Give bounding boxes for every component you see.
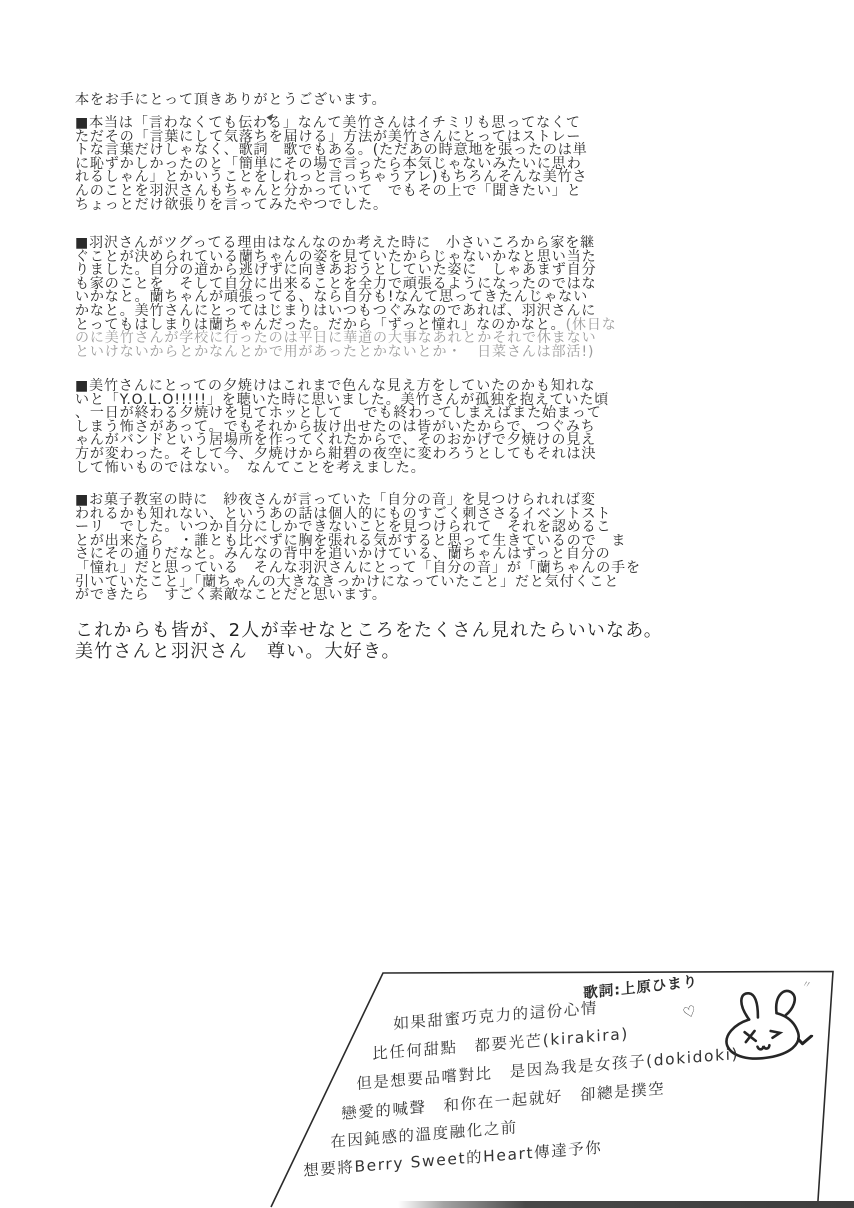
text-line: して怖いものではない。 なんてことを考えました。 <box>75 462 609 476</box>
paragraph-2: ■羽沢さんがツグってる理由はなんなのか考えた時に 小さいころから家を継 ぐことが… <box>75 237 617 359</box>
paragraph-3: ■美竹さんにとっての夕焼けはこれまで色んな見え方をしていたのかも知れな いと「Y… <box>75 380 609 475</box>
check-mark-icon <box>796 1033 814 1047</box>
afterword-page: 本をお手にとって頂きありがとうございます。 ■本当は「言わなくても伝わる」なんて… <box>0 0 854 1208</box>
scan-edge-artifact <box>398 1201 854 1208</box>
text-line: 本をお手にとって頂きありがとうございます。 <box>75 94 387 108</box>
closing-message: これからも皆が、2人が幸せなところをたくさん見れたらいいなあ。 美竹さんと羽沢さ… <box>75 620 663 662</box>
closing-line: これからも皆が、2人が幸せなところをたくさん見れたらいいなあ。 <box>75 620 663 641</box>
text-line: ができたら すごく素敵なことだと思います。 <box>75 589 641 603</box>
thanks-line: 本をお手にとって頂きありがとうございます。 <box>75 94 387 108</box>
heart-icon: ♡ <box>681 1001 699 1022</box>
paragraph-1: ■本当は「言わなくても伝わる」なんて美竹さんはイチミリも思ってなくて ただその「… <box>75 117 588 212</box>
text-line: ちょっとだけ欲張りを言ってみたやつでした。 <box>75 199 588 213</box>
lyrics-credit: 歌詞:上原ひまり <box>583 970 698 1003</box>
faded-text-line: といけないからとかなんとかで用があったとかないとか・ 日菜さんは部活!) <box>75 346 617 360</box>
paragraph-4: ■お菓子教室の時に 紗夜さんが言っていた「自分の音」を見つけられれば変 われるか… <box>75 494 641 603</box>
closing-line: 美竹さんと羽沢さん 尊い。大好き。 <box>75 641 663 662</box>
